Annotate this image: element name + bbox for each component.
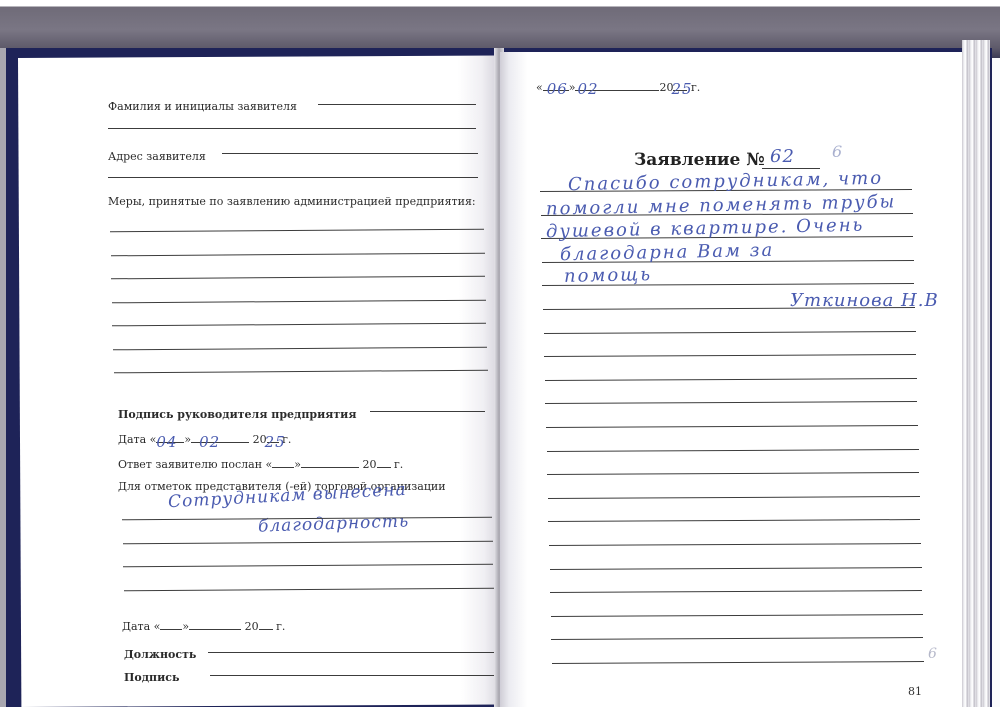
app-date-year-field[interactable]: 25 [673,90,687,91]
date2-year-unit: г. [276,620,285,633]
date-label: Дата « [118,433,156,446]
signature-label: Подпись [124,671,179,684]
manager-signature-line[interactable] [370,411,485,412]
handwritten-line: благодарна Вам за [560,240,775,265]
reply-sent-mid: » [294,458,301,471]
application-number: 62 [770,146,795,167]
app-date-month-field[interactable]: 02 [575,90,659,91]
manager-signature-label: Подпись руководителя предприятия [118,408,356,421]
app-date-year-value: 25 [671,80,692,98]
app-date-day-field[interactable]: 06 [543,90,569,91]
date-month-value: 02 [199,433,220,451]
date-day-value: 04 [156,433,177,451]
page-number: 81 [908,685,922,698]
applicant-name-line-2[interactable] [108,128,476,129]
app-date-day-value: 06 [547,80,568,98]
date2-year-field[interactable] [259,629,273,630]
reply-sent-label: Ответ заявителю послан « [118,458,272,471]
date-close: » [569,81,576,94]
date2-label: Дата « [122,620,160,633]
date-year-field[interactable]: 25 [267,442,279,443]
reply-year-unit: г. [394,458,403,471]
position-label: Должность [124,648,196,661]
signature-line[interactable] [210,675,496,676]
app-date-month-value: 02 [577,80,598,98]
applicant-signature: Уткинова Н.В [790,290,939,311]
reply-year-field[interactable] [377,467,391,468]
handwritten-line: помощь [564,264,652,287]
reply-day-field[interactable] [272,467,294,468]
reply-month-field[interactable] [301,467,359,468]
applicant-address-label: Адрес заявителя [108,150,206,163]
date2: Дата «» 20 г. [122,620,285,633]
admin-date: Дата «04»02 2025 г. [118,433,291,446]
date-month-field[interactable]: 02 [191,442,249,443]
date2-day-field[interactable] [160,629,182,630]
date-day-field[interactable]: 04 [156,442,184,443]
page-stack-edge [962,40,990,707]
applicant-address-line[interactable] [222,153,478,154]
date2-year-prefix: 20 [245,620,259,633]
applicant-address-line-2[interactable] [108,177,478,178]
applicant-name-line[interactable] [318,104,476,105]
date2-mid: » [182,620,189,633]
reply-sent: Ответ заявителю послан «» 20 г. [118,458,403,471]
reply-year-prefix: 20 [363,458,377,471]
date-year-value: 25 [265,433,286,451]
application-title: Заявление № [634,150,765,170]
measures-label: Меры, принятые по заявлению администраци… [108,195,476,208]
margin-mark: 6 [832,142,843,161]
corner-mark: 6 [928,646,938,662]
date-open: « [536,81,543,94]
date2-month-field[interactable] [189,629,241,630]
position-line[interactable] [208,652,494,653]
applicant-name-label: Фамилия и инициалы заявителя [108,100,297,113]
application-date: «06»022025 г. [536,81,700,94]
